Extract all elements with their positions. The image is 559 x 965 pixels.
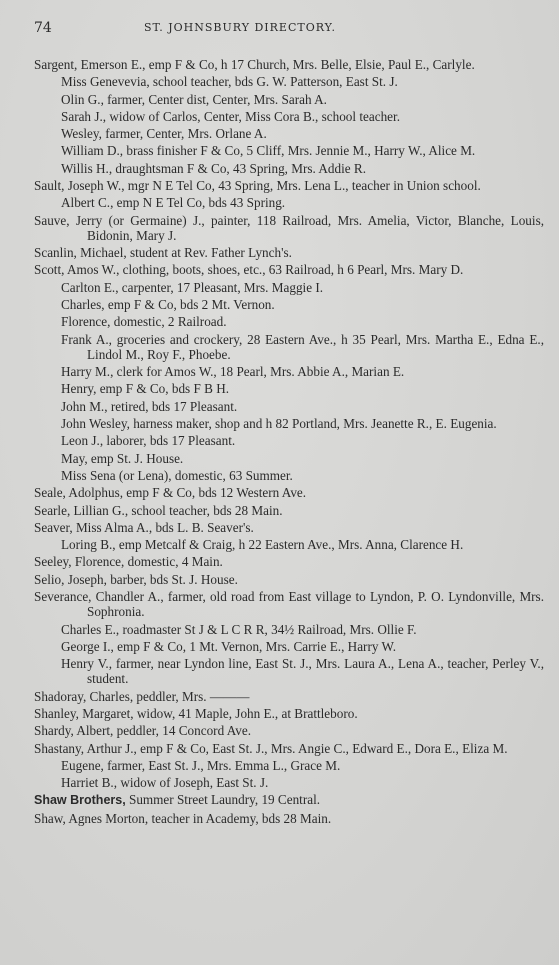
directory-subentry: John M., retired, bds 17 Pleasant.: [34, 399, 544, 414]
entry-text: Olin G., farmer, Center dist, Center, Mr…: [61, 92, 327, 107]
entry-bold-name: Shaw Brothers,: [34, 793, 126, 807]
entry-text: Scanlin, Michael, student at Rev. Father…: [34, 245, 292, 260]
directory-subentry: Albert C., emp N E Tel Co, bds 43 Spring…: [34, 195, 544, 210]
directory-subentry: Henry V., farmer, near Lyndon line, East…: [34, 656, 544, 686]
entry-text: Shadoray, Charles, peddler, Mrs. ———: [34, 689, 249, 704]
directory-subentry: Henry, emp F & Co, bds F B H.: [34, 381, 544, 396]
entry-text: Frank A., groceries and crockery, 28 Eas…: [61, 332, 544, 362]
directory-entry: Sargent, Emerson E., emp F & Co, h 17 Ch…: [34, 57, 544, 72]
entry-text: Eugene, farmer, East St. J., Mrs. Emma L…: [61, 758, 340, 773]
entry-text: John M., retired, bds 17 Pleasant.: [61, 399, 237, 414]
directory-entry: Searle, Lillian G., school teacher, bds …: [34, 503, 544, 518]
directory-page: 74 ST. JOHNSBURY DIRECTORY. Sargent, Eme…: [0, 0, 559, 965]
directory-subentry: Sarah J., widow of Carlos, Center, Miss …: [34, 109, 544, 124]
directory-subentry: Leon J., laborer, bds 17 Pleasant.: [34, 433, 544, 448]
entry-text: Seaver, Miss Alma A., bds L. B. Seaver's…: [34, 520, 254, 535]
directory-entry: Sault, Joseph W., mgr N E Tel Co, 43 Spr…: [34, 178, 544, 193]
directory-entry: Seaver, Miss Alma A., bds L. B. Seaver's…: [34, 520, 544, 535]
entry-text: Willis H., draughtsman F & Co, 43 Spring…: [61, 161, 366, 176]
directory-subentry: William D., brass finisher F & Co, 5 Cli…: [34, 143, 544, 158]
entry-text: Carlton E., carpenter, 17 Pleasant, Mrs.…: [61, 280, 323, 295]
entry-text: Henry V., farmer, near Lyndon line, East…: [61, 656, 544, 686]
directory-subentry: May, emp St. J. House.: [34, 451, 544, 466]
entry-text: Severance, Chandler A., farmer, old road…: [34, 589, 544, 619]
entry-text: Shastany, Arthur J., emp F & Co, East St…: [34, 741, 508, 756]
directory-entry: Selio, Joseph, barber, bds St. J. House.: [34, 572, 544, 587]
entry-text: Loring B., emp Metcalf & Craig, h 22 Eas…: [61, 537, 463, 552]
running-title: ST. JOHNSBURY DIRECTORY.: [144, 21, 336, 34]
directory-subentry: Charles E., roadmaster St J & L C R R, 3…: [34, 622, 544, 637]
entry-text: John Wesley, harness maker, shop and h 8…: [61, 416, 497, 431]
entry-text: Sauve, Jerry (or Germaine) J., painter, …: [34, 213, 544, 243]
directory-subentry: George I., emp F & Co, 1 Mt. Vernon, Mrs…: [34, 639, 544, 654]
entry-text: Sault, Joseph W., mgr N E Tel Co, 43 Spr…: [34, 178, 481, 193]
page-header: 74 ST. JOHNSBURY DIRECTORY.: [34, 20, 545, 38]
entry-text: Sarah J., widow of Carlos, Center, Miss …: [61, 109, 400, 124]
directory-entry: Severance, Chandler A., farmer, old road…: [34, 589, 544, 619]
directory-entry: Seeley, Florence, domestic, 4 Main.: [34, 554, 544, 569]
entry-text: Shardy, Albert, peddler, 14 Concord Ave.: [34, 723, 251, 738]
directory-subentry: Charles, emp F & Co, bds 2 Mt. Vernon.: [34, 297, 544, 312]
entry-text: Searle, Lillian G., school teacher, bds …: [34, 503, 283, 518]
directory-subentry: Florence, domestic, 2 Railroad.: [34, 314, 544, 329]
directory-subentry: John Wesley, harness maker, shop and h 8…: [34, 416, 544, 431]
directory-subentry: Harriet B., widow of Joseph, East St. J.: [34, 775, 544, 790]
entry-text: Wesley, farmer, Center, Mrs. Orlane A.: [61, 126, 267, 141]
directory-subentry: Harry M., clerk for Amos W., 18 Pearl, M…: [34, 364, 544, 379]
directory-subentry: Willis H., draughtsman F & Co, 43 Spring…: [34, 161, 544, 176]
directory-entries: Sargent, Emerson E., emp F & Co, h 17 Ch…: [34, 57, 544, 828]
directory-entry: Seale, Adolphus, emp F & Co, bds 12 West…: [34, 485, 544, 500]
entry-text: Seeley, Florence, domestic, 4 Main.: [34, 554, 223, 569]
entry-text: Sargent, Emerson E., emp F & Co, h 17 Ch…: [34, 57, 475, 72]
entry-text: Miss Genevevia, school teacher, bds G. W…: [61, 74, 398, 89]
directory-subentry: Miss Genevevia, school teacher, bds G. W…: [34, 74, 544, 89]
entry-text: Albert C., emp N E Tel Co, bds 43 Spring…: [61, 195, 285, 210]
directory-entry: Scott, Amos W., clothing, boots, shoes, …: [34, 262, 544, 277]
directory-subentry: Wesley, farmer, Center, Mrs. Orlane A.: [34, 126, 544, 141]
entry-text: George I., emp F & Co, 1 Mt. Vernon, Mrs…: [61, 639, 396, 654]
directory-entry: Shaw, Agnes Morton, teacher in Academy, …: [34, 811, 544, 826]
entry-text: Summer Street Laundry, 19 Central.: [126, 792, 320, 807]
directory-subentry: Miss Sena (or Lena), domestic, 63 Summer…: [34, 468, 544, 483]
entry-text: Charles, emp F & Co, bds 2 Mt. Vernon.: [61, 297, 275, 312]
directory-subentry: Eugene, farmer, East St. J., Mrs. Emma L…: [34, 758, 544, 773]
directory-subentry: Frank A., groceries and crockery, 28 Eas…: [34, 332, 544, 362]
directory-entry: Shardy, Albert, peddler, 14 Concord Ave.: [34, 723, 544, 738]
directory-entry: Shaw Brothers, Summer Street Laundry, 19…: [34, 792, 544, 808]
entry-text: Scott, Amos W., clothing, boots, shoes, …: [34, 262, 463, 277]
page-number: 74: [34, 20, 52, 36]
directory-entry: Shadoray, Charles, peddler, Mrs. ———: [34, 689, 544, 704]
directory-entry: Sauve, Jerry (or Germaine) J., painter, …: [34, 213, 544, 243]
entry-text: Harriet B., widow of Joseph, East St. J.: [61, 775, 268, 790]
entry-text: Charles E., roadmaster St J & L C R R, 3…: [61, 622, 417, 637]
entry-text: Selio, Joseph, barber, bds St. J. House.: [34, 572, 238, 587]
entry-text: Shanley, Margaret, widow, 41 Maple, John…: [34, 706, 358, 721]
entry-text: Harry M., clerk for Amos W., 18 Pearl, M…: [61, 364, 404, 379]
entry-text: Leon J., laborer, bds 17 Pleasant.: [61, 433, 235, 448]
entry-text: Florence, domestic, 2 Railroad.: [61, 314, 227, 329]
entry-text: May, emp St. J. House.: [61, 451, 183, 466]
entry-text: Henry, emp F & Co, bds F B H.: [61, 381, 229, 396]
entry-text: William D., brass finisher F & Co, 5 Cli…: [61, 143, 475, 158]
directory-subentry: Loring B., emp Metcalf & Craig, h 22 Eas…: [34, 537, 544, 552]
entry-text: Seale, Adolphus, emp F & Co, bds 12 West…: [34, 485, 306, 500]
directory-entry: Shanley, Margaret, widow, 41 Maple, John…: [34, 706, 544, 721]
directory-entry: Scanlin, Michael, student at Rev. Father…: [34, 245, 544, 260]
entry-text: Shaw, Agnes Morton, teacher in Academy, …: [34, 811, 331, 826]
directory-subentry: Carlton E., carpenter, 17 Pleasant, Mrs.…: [34, 280, 544, 295]
directory-entry: Shastany, Arthur J., emp F & Co, East St…: [34, 741, 544, 756]
entry-text: Miss Sena (or Lena), domestic, 63 Summer…: [61, 468, 293, 483]
directory-subentry: Olin G., farmer, Center dist, Center, Mr…: [34, 92, 544, 107]
